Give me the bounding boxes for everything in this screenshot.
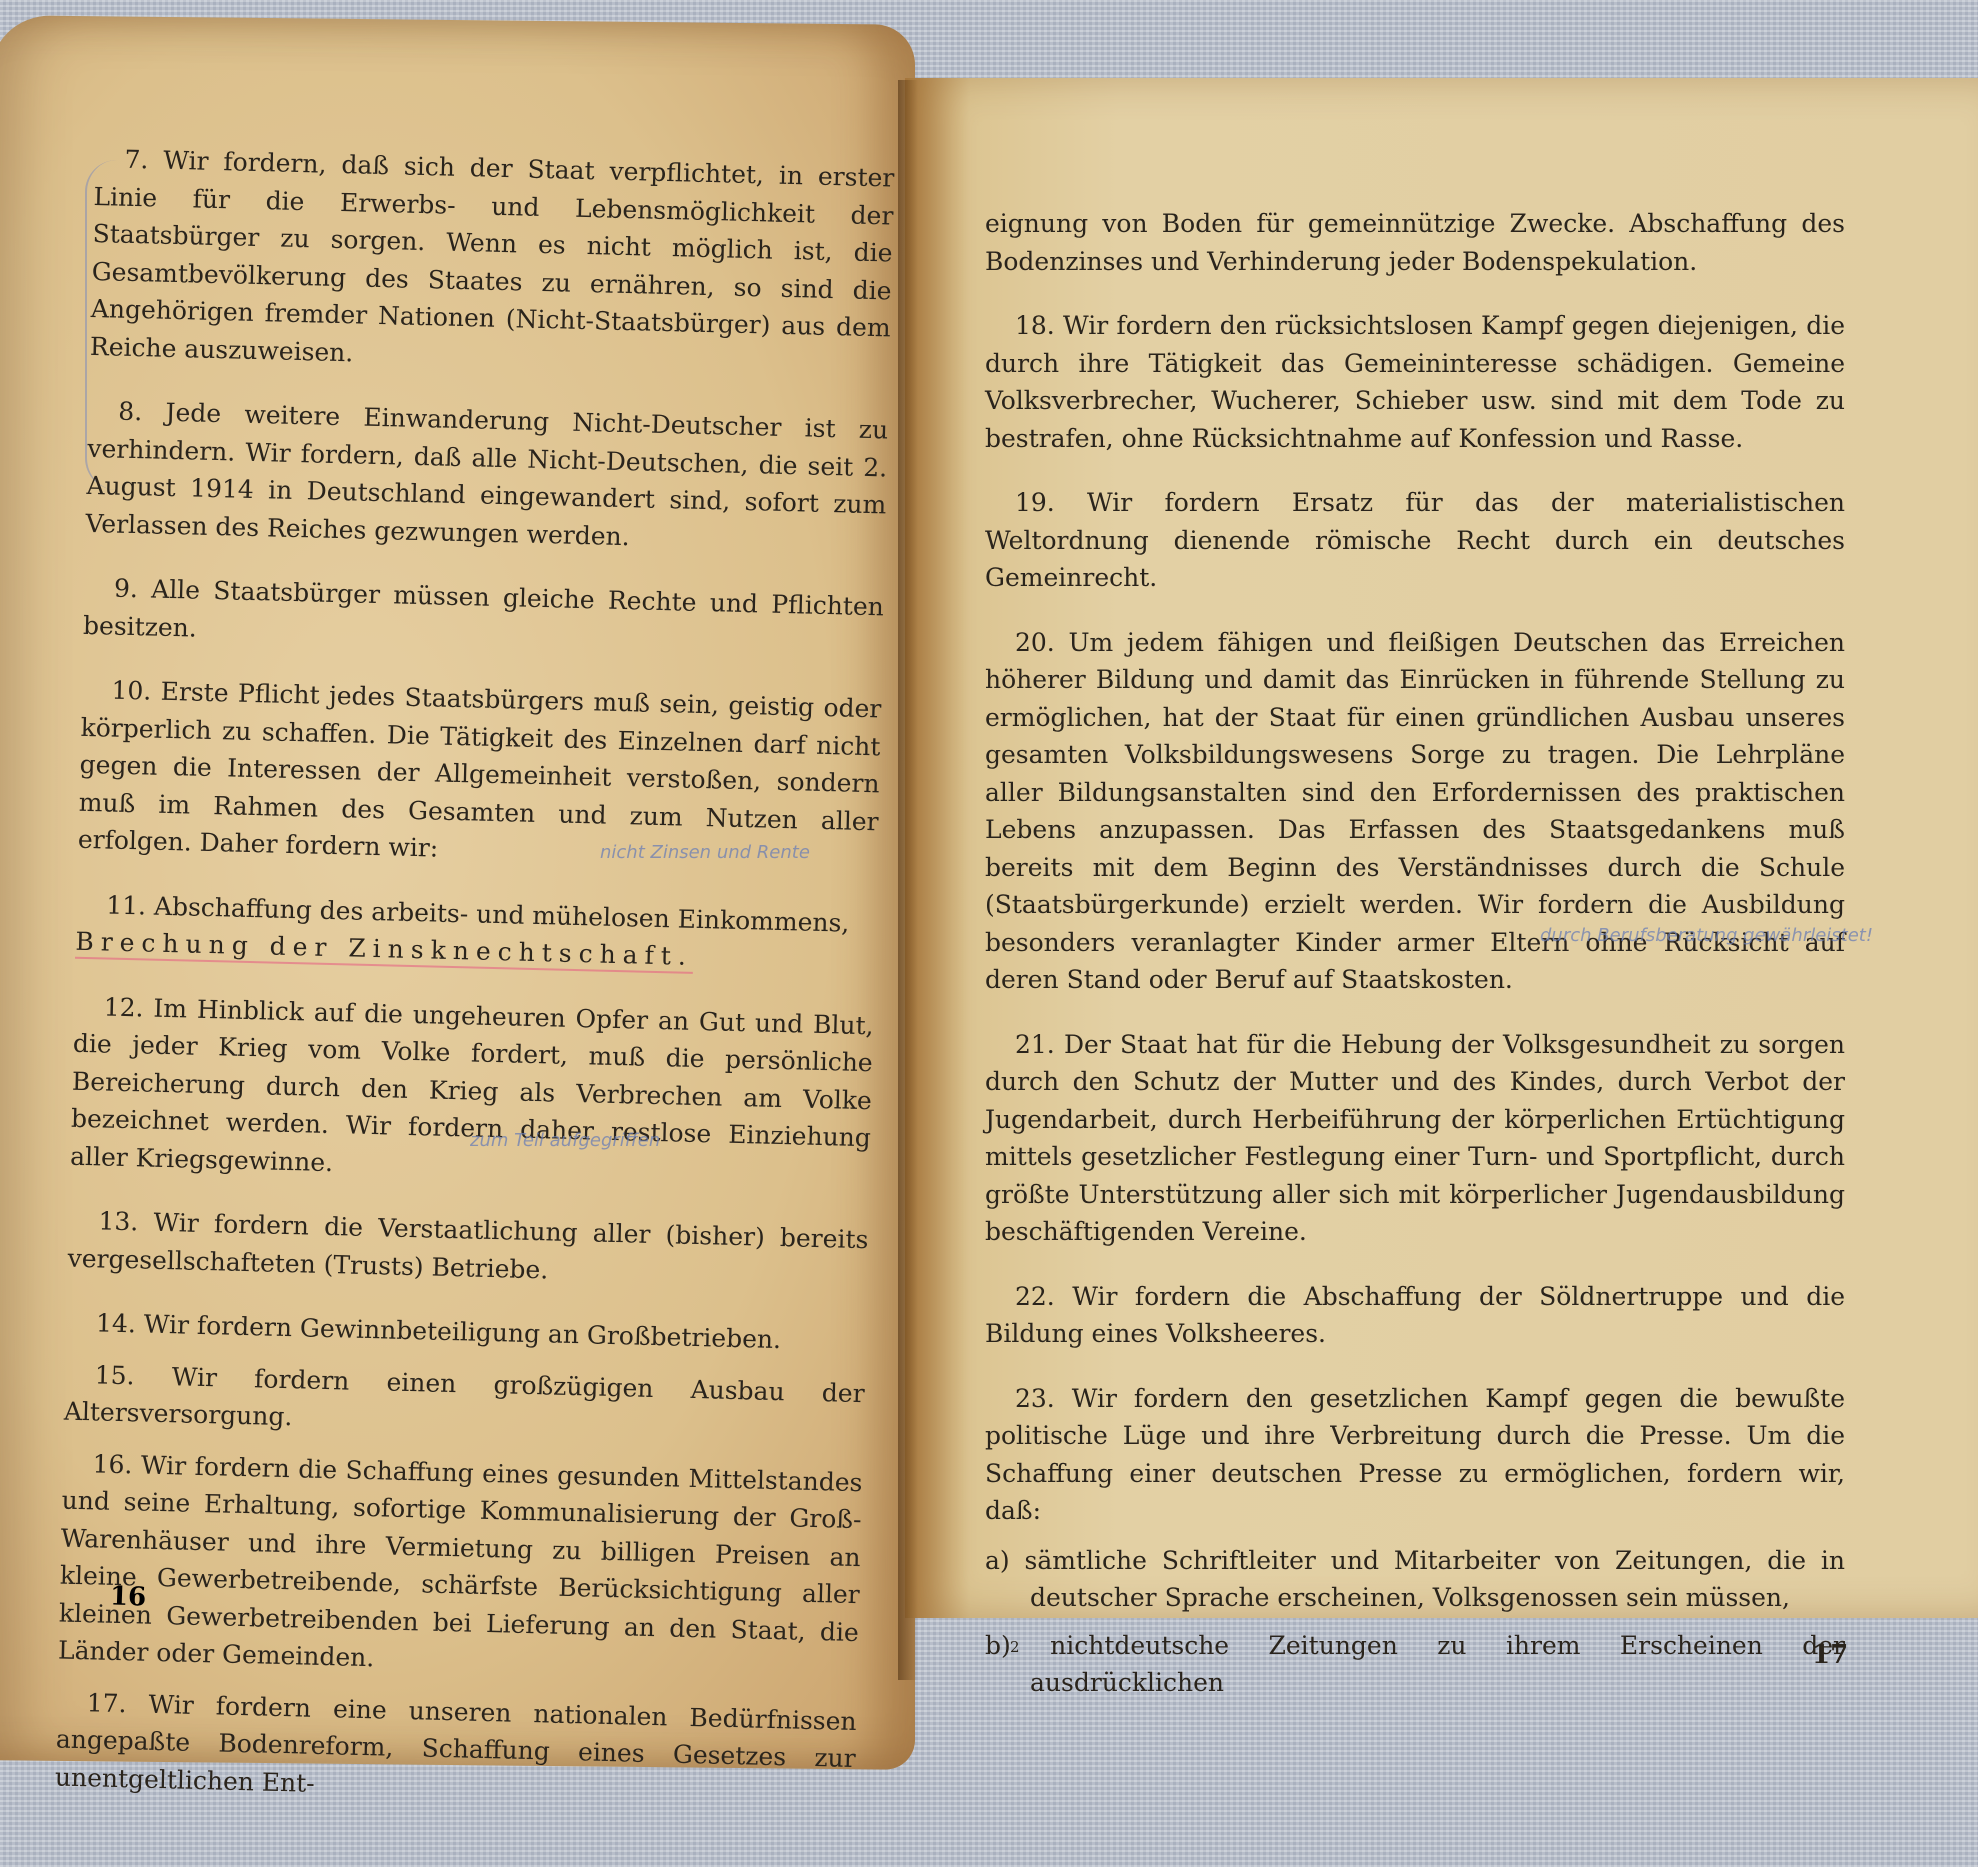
handwritten-note: zum Teil aufgegriffen [470,1130,660,1151]
point-23: 23. Wir fordern den gesetzlichen Kampf g… [985,1380,1845,1530]
page-number: 17 [1812,1640,1848,1670]
handwritten-note: durch Berufsberatung gewährleistet! [1540,925,1960,946]
point-15: 15. Wir fordern einen großzügigen Ausbau… [63,1355,865,1450]
point-23-a: a) sämtliche Schriftleiter und Mitarbeit… [985,1542,1845,1617]
point-9: 9. Alle Staatsbürger müssen gleiche Rech… [83,569,885,664]
book-gutter [898,80,918,1680]
point-19: 19. Wir fordern Ersatz für das der mater… [985,484,1845,597]
point-17: 17. Wir fordern eine unseren nationalen … [55,1683,858,1815]
right-page-text: eignung von Boden für gemeinnützige Zwec… [985,205,1845,1712]
point-18: 18. Wir fordern den rücksichtslosen Kamp… [985,307,1845,457]
point-21: 21. Der Staat hat für die Hebung der Vol… [985,1026,1845,1251]
point-7: 7. Wir fordern, daß sich der Staat verpf… [90,140,895,384]
point-22: 22. Wir fordern die Abschaffung der Söld… [985,1278,1845,1353]
point-23-b: b) nichtdeutsche Zeitungen zu ihrem Ersc… [985,1627,1845,1702]
point-13: 13. Wir fordern die Verstaatlichung alle… [67,1202,869,1297]
point-14: 14. Wir fordern Gewinnbeteiligung an Gro… [66,1304,867,1361]
page-number: 16 [109,1581,146,1612]
point-12: 12. Im Hinblick auf die ungeheuren Opfer… [70,987,874,1194]
point-17-continued: eignung von Boden für gemeinnützige Zwec… [985,205,1845,280]
left-page-text: 7. Wir fordern, daß sich der Staat verpf… [54,140,895,1842]
handwritten-note: nicht Zinsen und Rente [600,842,810,863]
signature-mark: 2 [1010,1638,1020,1656]
point-16: 16. Wir fordern die Schaffung eines gesu… [58,1444,863,1688]
point-8: 8. Jede weitere Einwanderung Nicht-Deuts… [85,392,888,562]
